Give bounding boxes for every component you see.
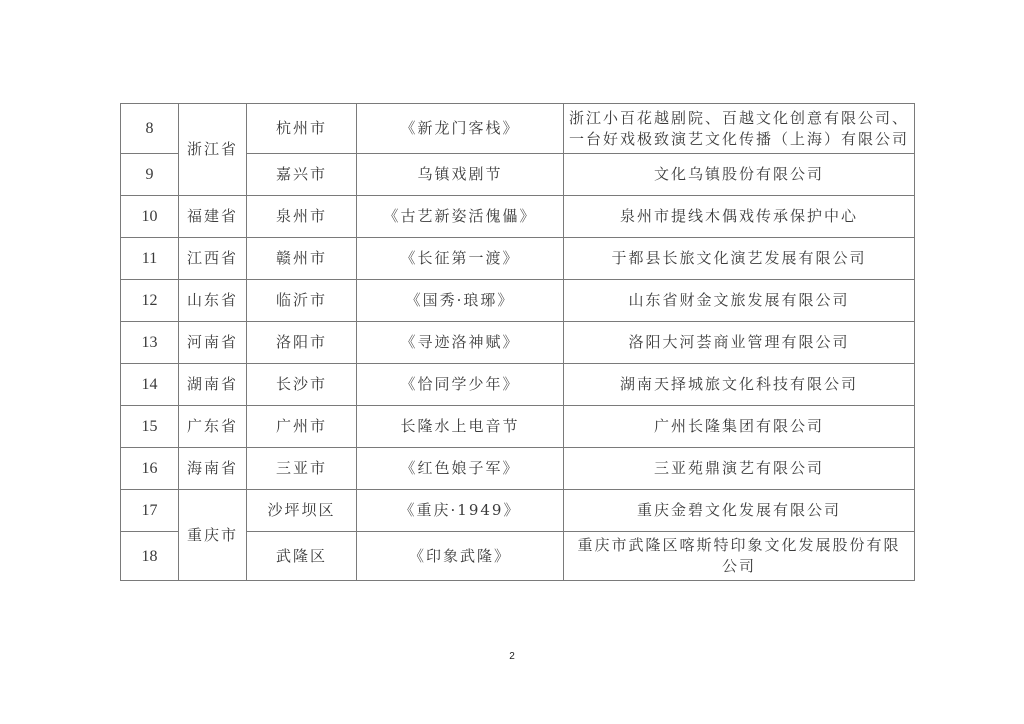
row-number: 13 [121, 322, 179, 364]
project-cell: 《红色娘子军》 [357, 448, 564, 490]
city-cell: 三亚市 [247, 448, 357, 490]
company-line: 重庆市武隆区喀斯特印象文化发展股份有限 [568, 535, 910, 556]
project-cell: 《古艺新姿活傀儡》 [357, 196, 564, 238]
province-cell: 山东省 [179, 280, 247, 322]
row-number: 18 [121, 532, 179, 581]
table-row: 17 重庆市 沙坪坝区 《重庆·1949》 重庆金碧文化发展有限公司 [121, 490, 915, 532]
table-row: 14 湖南省 长沙市 《恰同学少年》 湖南天择城旅文化科技有限公司 [121, 364, 915, 406]
project-cell: 《寻迹洛神赋》 [357, 322, 564, 364]
city-cell: 泉州市 [247, 196, 357, 238]
company-cell: 于都县长旅文化演艺发展有限公司 [564, 238, 915, 280]
table-row: 10 福建省 泉州市 《古艺新姿活傀儡》 泉州市提线木偶戏传承保护中心 [121, 196, 915, 238]
project-table: 8 浙江省 杭州市 《新龙门客栈》 浙江小百花越剧院、百越文化创意有限公司、 一… [120, 103, 915, 581]
city-cell: 武隆区 [247, 532, 357, 581]
row-number: 9 [121, 154, 179, 196]
company-cell: 重庆市武隆区喀斯特印象文化发展股份有限 公司 [564, 532, 915, 581]
table-row: 8 浙江省 杭州市 《新龙门客栈》 浙江小百花越剧院、百越文化创意有限公司、 一… [121, 104, 915, 154]
document-page: 8 浙江省 杭州市 《新龙门客栈》 浙江小百花越剧院、百越文化创意有限公司、 一… [0, 0, 1024, 724]
table-row: 11 江西省 赣州市 《长征第一渡》 于都县长旅文化演艺发展有限公司 [121, 238, 915, 280]
province-cell: 福建省 [179, 196, 247, 238]
city-cell: 沙坪坝区 [247, 490, 357, 532]
city-cell: 长沙市 [247, 364, 357, 406]
province-cell: 海南省 [179, 448, 247, 490]
province-cell: 广东省 [179, 406, 247, 448]
row-number: 15 [121, 406, 179, 448]
table-row: 12 山东省 临沂市 《国秀·琅琊》 山东省财金文旅发展有限公司 [121, 280, 915, 322]
project-cell: 《新龙门客栈》 [357, 104, 564, 154]
company-cell: 湖南天择城旅文化科技有限公司 [564, 364, 915, 406]
row-number: 17 [121, 490, 179, 532]
project-cell: 《恰同学少年》 [357, 364, 564, 406]
company-cell: 文化乌镇股份有限公司 [564, 154, 915, 196]
city-cell: 赣州市 [247, 238, 357, 280]
company-line: 公司 [568, 556, 910, 577]
company-cell: 洛阳大河荟商业管理有限公司 [564, 322, 915, 364]
project-cell: 《重庆·1949》 [357, 490, 564, 532]
project-cell: 《长征第一渡》 [357, 238, 564, 280]
province-cell: 浙江省 [179, 104, 247, 196]
province-cell: 湖南省 [179, 364, 247, 406]
row-number: 14 [121, 364, 179, 406]
row-number: 16 [121, 448, 179, 490]
table-row: 16 海南省 三亚市 《红色娘子军》 三亚苑鼎演艺有限公司 [121, 448, 915, 490]
row-number: 8 [121, 104, 179, 154]
province-cell: 河南省 [179, 322, 247, 364]
project-cell: 乌镇戏剧节 [357, 154, 564, 196]
province-cell: 重庆市 [179, 490, 247, 581]
company-cell: 山东省财金文旅发展有限公司 [564, 280, 915, 322]
project-cell: 《印象武隆》 [357, 532, 564, 581]
city-cell: 广州市 [247, 406, 357, 448]
city-cell: 嘉兴市 [247, 154, 357, 196]
company-cell: 广州长隆集团有限公司 [564, 406, 915, 448]
province-cell: 江西省 [179, 238, 247, 280]
company-cell: 泉州市提线木偶戏传承保护中心 [564, 196, 915, 238]
company-line: 浙江小百花越剧院、百越文化创意有限公司、 [568, 108, 910, 129]
company-cell: 浙江小百花越剧院、百越文化创意有限公司、 一台好戏极致演艺文化传播（上海）有限公… [564, 104, 915, 154]
project-cell: 《国秀·琅琊》 [357, 280, 564, 322]
company-line: 一台好戏极致演艺文化传播（上海）有限公司 [568, 129, 910, 150]
page-number: 2 [0, 651, 1024, 662]
row-number: 11 [121, 238, 179, 280]
table-row: 15 广东省 广州市 长隆水上电音节 广州长隆集团有限公司 [121, 406, 915, 448]
row-number: 10 [121, 196, 179, 238]
company-cell: 重庆金碧文化发展有限公司 [564, 490, 915, 532]
city-cell: 洛阳市 [247, 322, 357, 364]
company-cell: 三亚苑鼎演艺有限公司 [564, 448, 915, 490]
city-cell: 临沂市 [247, 280, 357, 322]
project-cell: 长隆水上电音节 [357, 406, 564, 448]
city-cell: 杭州市 [247, 104, 357, 154]
row-number: 12 [121, 280, 179, 322]
table-row: 13 河南省 洛阳市 《寻迹洛神赋》 洛阳大河荟商业管理有限公司 [121, 322, 915, 364]
